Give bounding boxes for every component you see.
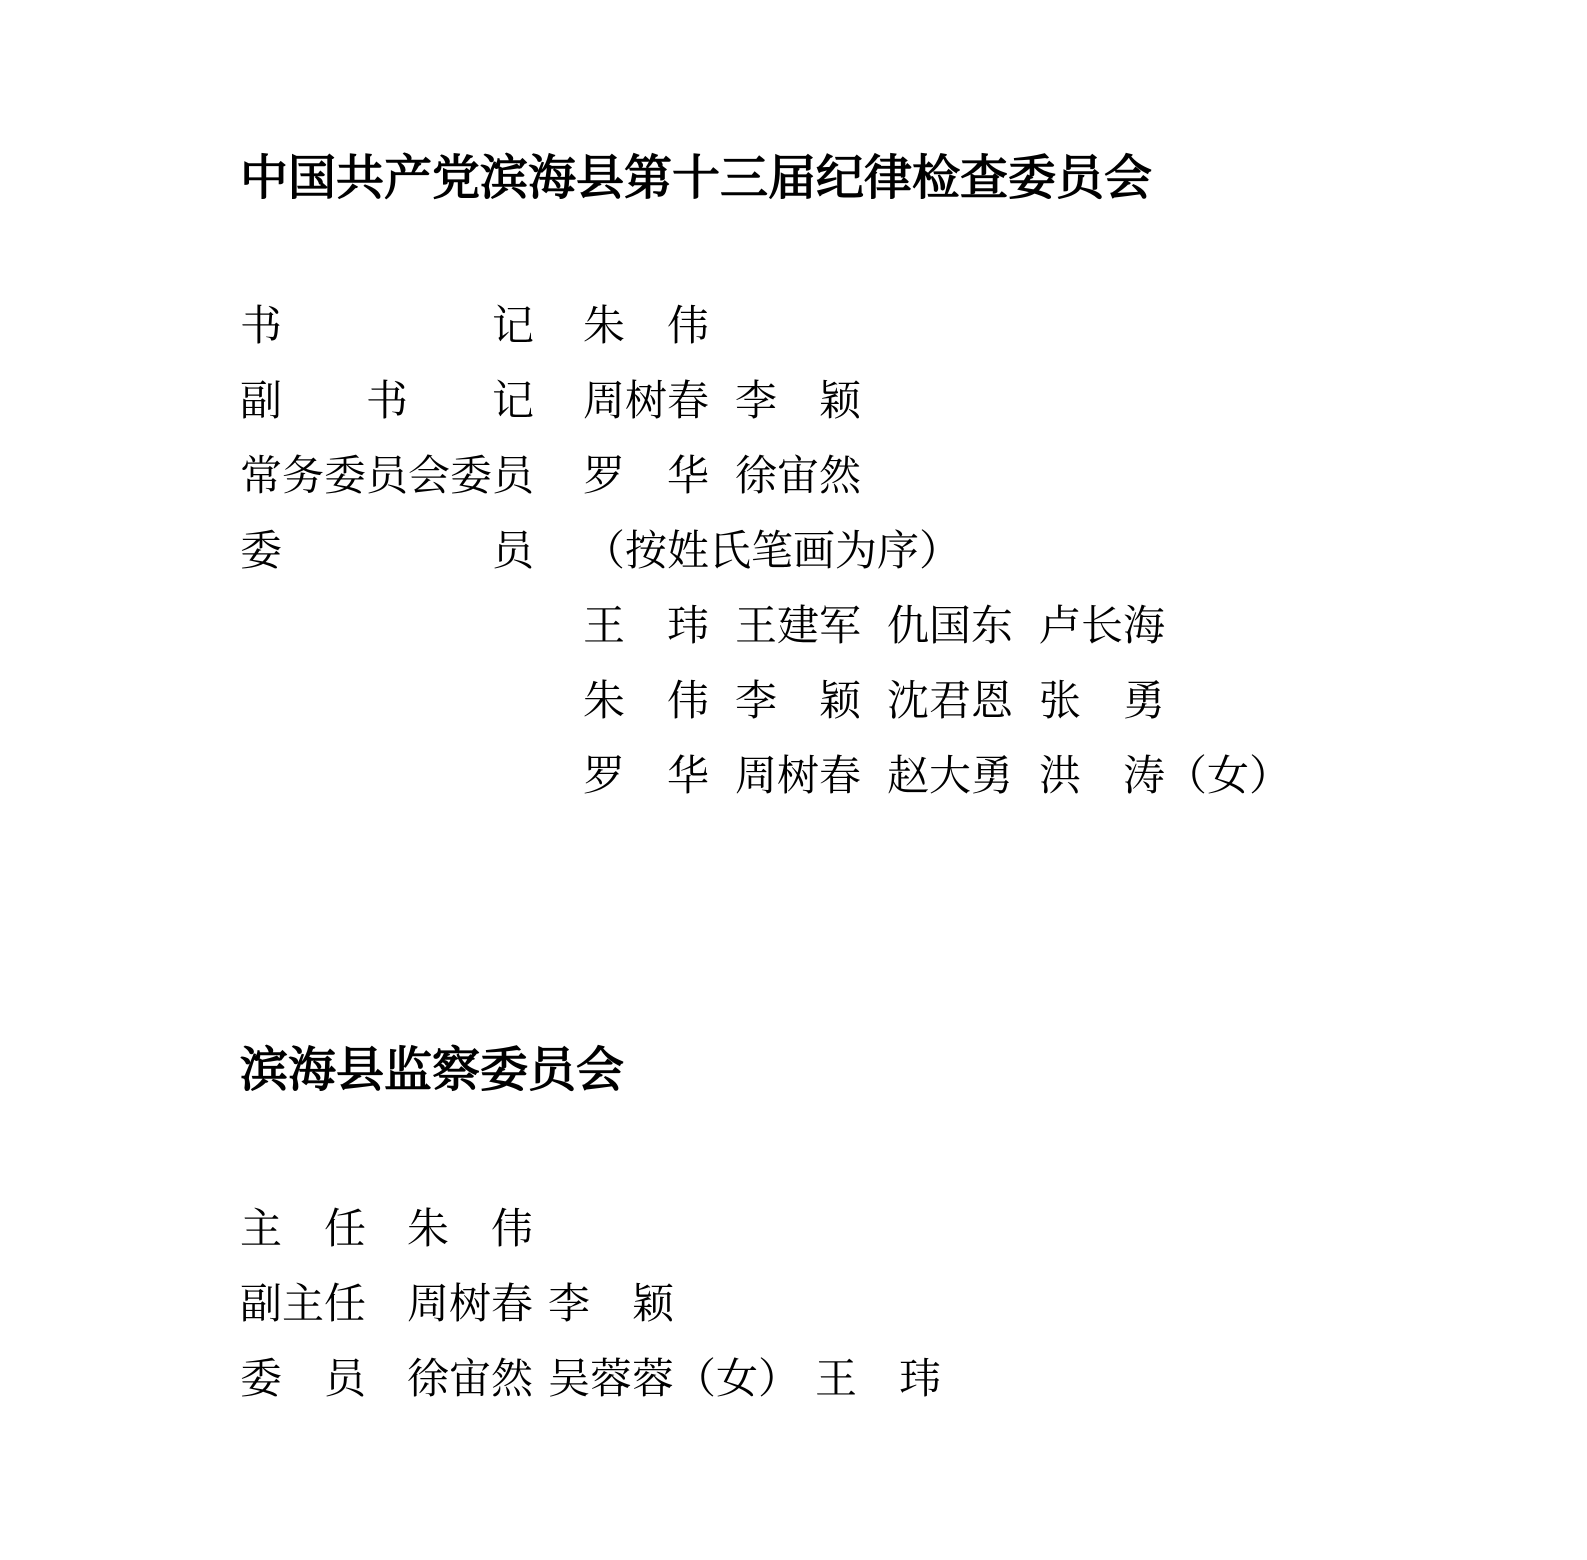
member-row: 罗 华 周树春 赵大勇 洪 涛（女） xyxy=(240,740,1291,815)
roster-row-members-header: 委 员 （按姓氏笔画为序） xyxy=(240,515,1291,590)
name-list: 周树春 李 颖 xyxy=(407,1268,674,1343)
person-name: 罗 华 xyxy=(583,740,709,815)
document-page: 中国共产党滨海县第十三届纪律检查委员会 书 记 朱 伟 副 书 记 周树春 李 … xyxy=(0,0,1587,1560)
roster-row-members: 委 员 徐宙然 吴蓉蓉（女） 王 玮 xyxy=(240,1343,941,1418)
sort-order-note: （按姓氏笔画为序） xyxy=(583,515,961,590)
roster-row-director: 主 任 朱 伟 xyxy=(240,1193,941,1268)
name-list: 朱 伟 xyxy=(583,290,709,365)
person-name: 王 玮 xyxy=(815,1343,941,1418)
position-label: 主 任 xyxy=(240,1193,367,1268)
name-list: 朱 伟 李 颖 沈君恩 张 勇 xyxy=(583,665,1165,740)
person-name: 李 颖 xyxy=(735,665,861,740)
name-list: 罗 华 徐宙然 xyxy=(583,440,861,515)
person-name: 李 颖 xyxy=(735,365,861,440)
position-label: 常务委员会委员 xyxy=(240,440,537,515)
position-label: 书 记 xyxy=(240,290,537,365)
person-name: 王建军 xyxy=(735,590,861,665)
person-name: 洪 涛（女） xyxy=(1039,740,1291,815)
person-name: 朱 伟 xyxy=(407,1193,533,1268)
person-name: 徐宙然 xyxy=(735,440,861,515)
position-label: 副主任 xyxy=(240,1268,367,1343)
member-row: 王 玮 王建军 仇国东 卢长海 xyxy=(240,590,1291,665)
name-list: 周树春 李 颖 xyxy=(583,365,861,440)
person-name: 周树春 xyxy=(583,365,709,440)
person-name: 罗 华 xyxy=(583,440,709,515)
person-name: 沈君恩 xyxy=(887,665,1013,740)
person-name: 仇国东 xyxy=(887,590,1013,665)
section1-title: 中国共产党滨海县第十三届纪律检查委员会 xyxy=(240,150,1152,208)
person-name: 徐宙然 xyxy=(407,1343,533,1418)
position-label: 委 员 xyxy=(240,1343,367,1418)
name-list: 罗 华 周树春 赵大勇 洪 涛（女） xyxy=(583,740,1291,815)
name-list: 朱 伟 xyxy=(407,1193,533,1268)
section2-title: 滨海县监察委员会 xyxy=(240,1042,624,1100)
name-list: 王 玮 王建军 仇国东 卢长海 xyxy=(583,590,1165,665)
roster-row-deputy-secretary: 副 书 记 周树春 李 颖 xyxy=(240,365,1291,440)
roster-row-secretary: 书 记 朱 伟 xyxy=(240,290,1291,365)
section1-roster: 书 记 朱 伟 副 书 记 周树春 李 颖 常务委员会委员 罗 华 徐宙然 委 … xyxy=(240,290,1291,815)
person-name: 朱 伟 xyxy=(583,290,709,365)
person-name: 周树春 xyxy=(407,1268,533,1343)
person-name: 朱 伟 xyxy=(583,665,709,740)
person-name: 吴蓉蓉（女） xyxy=(548,1343,800,1418)
roster-row-deputy-director: 副主任 周树春 李 颖 xyxy=(240,1268,941,1343)
person-name: 李 颖 xyxy=(548,1268,674,1343)
person-name: 张 勇 xyxy=(1039,665,1165,740)
person-name: 周树春 xyxy=(735,740,861,815)
position-label: 委 员 xyxy=(240,515,537,590)
member-row: 朱 伟 李 颖 沈君恩 张 勇 xyxy=(240,665,1291,740)
name-list: （按姓氏笔画为序） xyxy=(583,515,961,590)
name-list: 徐宙然 吴蓉蓉（女） 王 玮 xyxy=(407,1343,941,1418)
person-name: 赵大勇 xyxy=(887,740,1013,815)
section2-roster: 主 任 朱 伟 副主任 周树春 李 颖 委 员 徐宙然 吴蓉蓉（女） 王 玮 xyxy=(240,1193,941,1418)
roster-row-standing-committee: 常务委员会委员 罗 华 徐宙然 xyxy=(240,440,1291,515)
person-name: 卢长海 xyxy=(1039,590,1165,665)
person-name: 王 玮 xyxy=(583,590,709,665)
position-label: 副 书 记 xyxy=(240,365,537,440)
